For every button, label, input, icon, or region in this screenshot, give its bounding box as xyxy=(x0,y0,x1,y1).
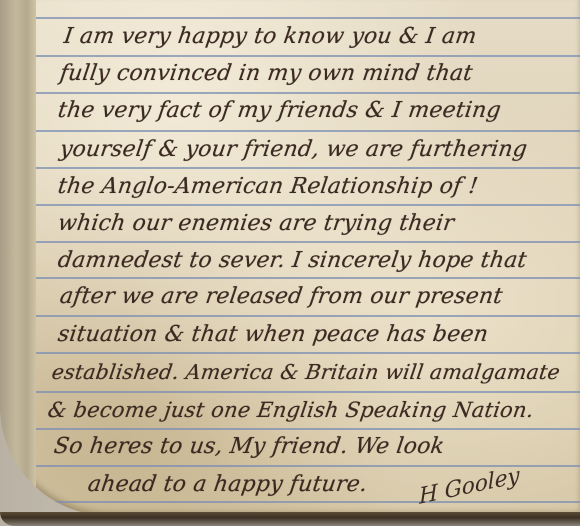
ruled-line xyxy=(36,428,580,430)
ruled-line xyxy=(36,315,580,317)
letter-line-5: the Anglo-American Relationship of ! xyxy=(56,174,479,199)
page-binding-edge xyxy=(0,0,36,516)
ruled-line xyxy=(36,92,580,94)
letter-line-13: ahead to a happy future. xyxy=(86,472,369,497)
ruled-line xyxy=(36,501,580,503)
signature: H Gooley xyxy=(419,463,520,510)
ruled-line xyxy=(36,167,580,169)
ruled-line xyxy=(36,391,580,393)
letter-line-7: damnedest to sever. I sincerely hope tha… xyxy=(56,248,528,273)
letter-line-9: situation & that when peace has been xyxy=(56,322,490,347)
ruled-line xyxy=(36,352,580,354)
letter-line-12: So heres to us, My friend. We look xyxy=(52,434,446,459)
letter-line-3: the very fact of my friends & I meeting xyxy=(56,98,502,123)
letter-line-1: I am very happy to know you & I am xyxy=(62,24,478,49)
ruled-line xyxy=(36,55,580,57)
letter-line-6: which our enemies are trying their xyxy=(56,211,455,236)
ruled-line xyxy=(36,465,580,467)
ruled-line xyxy=(36,17,580,19)
page-bottom-edge xyxy=(0,512,580,526)
letter-line-11: & become just one English Speaking Natio… xyxy=(46,398,535,422)
letter-line-2: fully convinced in my own mind that xyxy=(58,61,474,86)
letter-line-10: established. America & Britain will amal… xyxy=(50,360,561,384)
ruled-line xyxy=(36,204,580,206)
letter-line-8: after we are released from our present xyxy=(58,284,504,309)
notebook-page: I am very happy to know you & I am fully… xyxy=(0,0,580,516)
ruled-line xyxy=(36,241,580,243)
ruled-line xyxy=(36,277,580,279)
letter-line-4: yourself & your friend, we are furtherin… xyxy=(58,137,529,162)
ruled-line xyxy=(36,130,580,132)
